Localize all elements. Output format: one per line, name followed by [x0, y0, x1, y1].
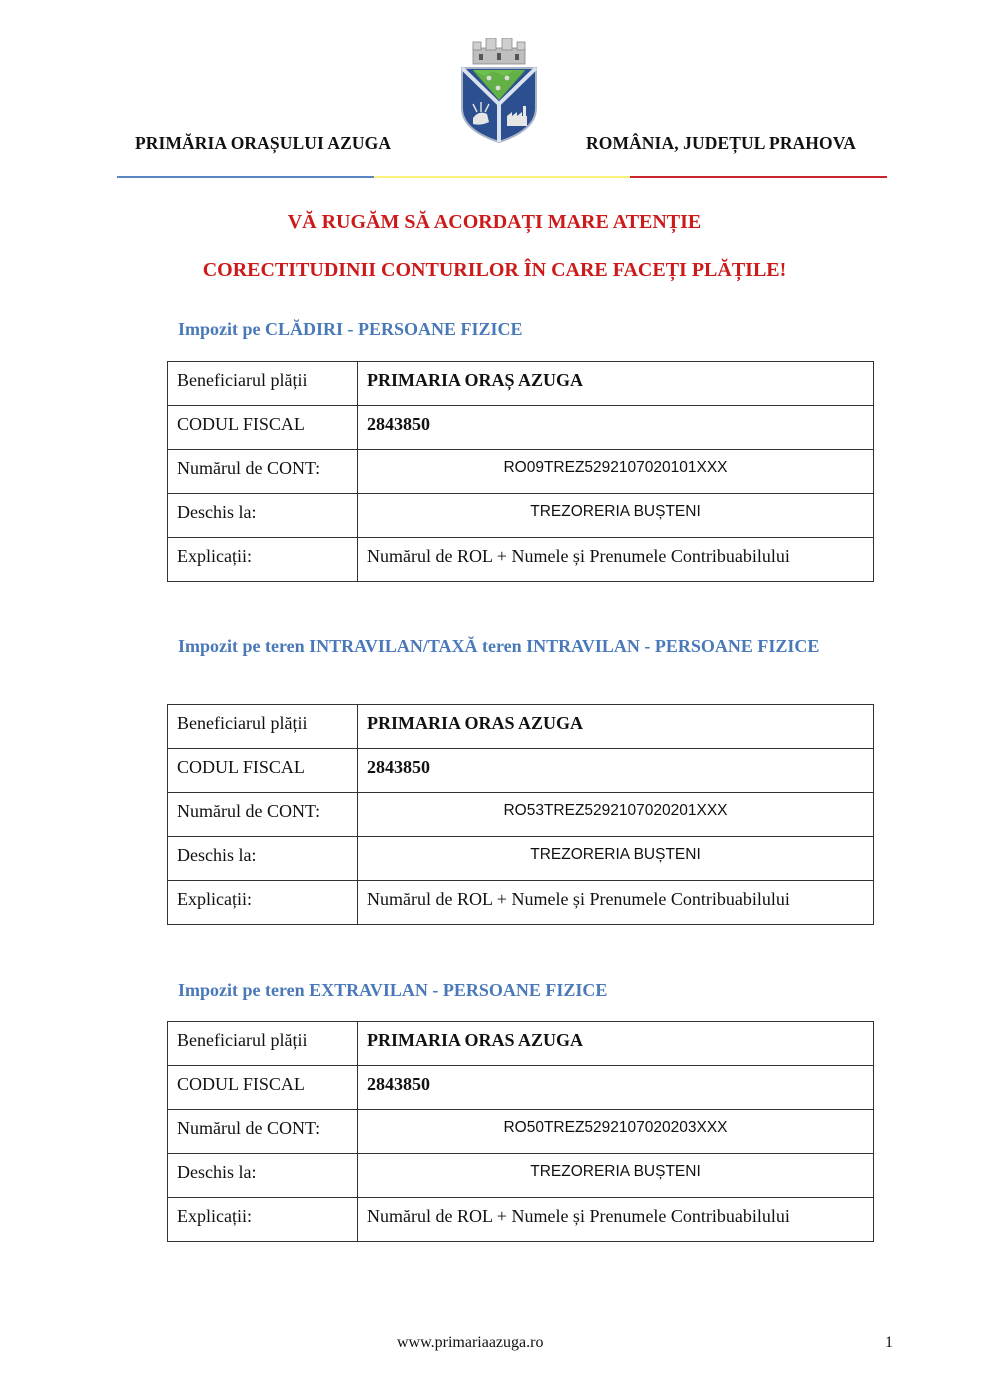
municipality-name: PRIMĂRIA ORAȘULUI AZUGA — [135, 133, 391, 154]
row-label: Explicații: — [168, 1198, 358, 1242]
table-row: Numărul de CONT: RO09TREZ5292107020101XX… — [168, 450, 874, 494]
table-row: CODUL FISCAL 2843850 — [168, 749, 874, 793]
row-label: Deschis la: — [168, 1154, 358, 1198]
table-row: Explicații: Numărul de ROL + Numele și P… — [168, 881, 874, 925]
account-table-cladiri: Beneficiarul plății PRIMARIA ORAȘ AZUGA … — [167, 361, 874, 582]
section-title-intravilan: Impozit pe teren INTRAVILAN/TAXĂ teren I… — [178, 633, 838, 660]
row-label: CODUL FISCAL — [168, 749, 358, 793]
table-row: Deschis la: TREZORERIA BUȘTENI — [168, 494, 874, 538]
table-row: CODUL FISCAL 2843850 — [168, 1066, 874, 1110]
footer-website-link[interactable]: www.primariaazuga.ro — [397, 1334, 543, 1352]
explanation-value: Numărul de ROL + Numele și Prenumele Con… — [358, 1198, 874, 1242]
bank-value: TREZORERIA BUȘTENI — [358, 1154, 874, 1198]
account-number-value: RO09TREZ5292107020101XXX — [358, 450, 874, 494]
beneficiary-value: PRIMARIA ORAS AZUGA — [358, 1022, 874, 1066]
warning-line-2: CORECTITUDINII CONTURILOR ÎN CARE FACEȚI… — [0, 259, 989, 282]
country-county: ROMÂNIA, JUDEȚUL PRAHOVA — [586, 133, 856, 154]
row-label: Beneficiarul plății — [168, 362, 358, 406]
section-title-cladiri: Impozit pe CLĂDIRI - PERSOANE FIZICE — [178, 316, 838, 343]
table-row: Numărul de CONT: RO50TREZ5292107020203XX… — [168, 1110, 874, 1154]
beneficiary-value: PRIMARIA ORAȘ AZUGA — [358, 362, 874, 406]
bank-value: TREZORERIA BUȘTENI — [358, 494, 874, 538]
fiscal-code-value: 2843850 — [358, 406, 874, 450]
table-row: Deschis la: TREZORERIA BUȘTENI — [168, 837, 874, 881]
table-row: Beneficiarul plății PRIMARIA ORAS AZUGA — [168, 705, 874, 749]
row-label: Deschis la: — [168, 494, 358, 538]
beneficiary-value: PRIMARIA ORAS AZUGA — [358, 705, 874, 749]
row-label: Numărul de CONT: — [168, 450, 358, 494]
row-label: Explicații: — [168, 538, 358, 582]
row-label: CODUL FISCAL — [168, 406, 358, 450]
fiscal-code-value: 2843850 — [358, 749, 874, 793]
account-table-extravilan: Beneficiarul plății PRIMARIA ORAS AZUGA … — [167, 1021, 874, 1242]
explanation-value: Numărul de ROL + Numele și Prenumele Con… — [358, 881, 874, 925]
table-row: Explicații: Numărul de ROL + Numele și P… — [168, 538, 874, 582]
row-label: CODUL FISCAL — [168, 1066, 358, 1110]
table-row: Beneficiarul plății PRIMARIA ORAȘ AZUGA — [168, 362, 874, 406]
row-label: Numărul de CONT: — [168, 793, 358, 837]
table-row: Numărul de CONT: RO53TREZ5292107020201XX… — [168, 793, 874, 837]
explanation-value: Numărul de ROL + Numele și Prenumele Con… — [358, 538, 874, 582]
table-row: Explicații: Numărul de ROL + Numele și P… — [168, 1198, 874, 1242]
azuga-coat-of-arms-icon — [459, 38, 539, 144]
table-row: CODUL FISCAL 2843850 — [168, 406, 874, 450]
section-title-extravilan: Impozit pe teren EXTRAVILAN - PERSOANE F… — [178, 977, 838, 1004]
table-row: Beneficiarul plății PRIMARIA ORAS AZUGA — [168, 1022, 874, 1066]
row-label: Deschis la: — [168, 837, 358, 881]
row-label: Numărul de CONT: — [168, 1110, 358, 1154]
row-label: Explicații: — [168, 881, 358, 925]
page-number: 1 — [885, 1334, 893, 1352]
tricolor-yellow — [374, 176, 631, 178]
row-label: Beneficiarul plății — [168, 705, 358, 749]
tricolor-divider — [117, 176, 887, 178]
account-number-value: RO50TREZ5292107020203XXX — [358, 1110, 874, 1154]
tricolor-red — [630, 176, 887, 178]
bank-value: TREZORERIA BUȘTENI — [358, 837, 874, 881]
tricolor-blue — [117, 176, 374, 178]
table-row: Deschis la: TREZORERIA BUȘTENI — [168, 1154, 874, 1198]
fiscal-code-value: 2843850 — [358, 1066, 874, 1110]
account-number-value: RO53TREZ5292107020201XXX — [358, 793, 874, 837]
warning-line-1: VĂ RUGĂM SĂ ACORDAȚI MARE ATENȚIE — [0, 211, 989, 234]
account-table-intravilan: Beneficiarul plății PRIMARIA ORAS AZUGA … — [167, 704, 874, 925]
row-label: Beneficiarul plății — [168, 1022, 358, 1066]
